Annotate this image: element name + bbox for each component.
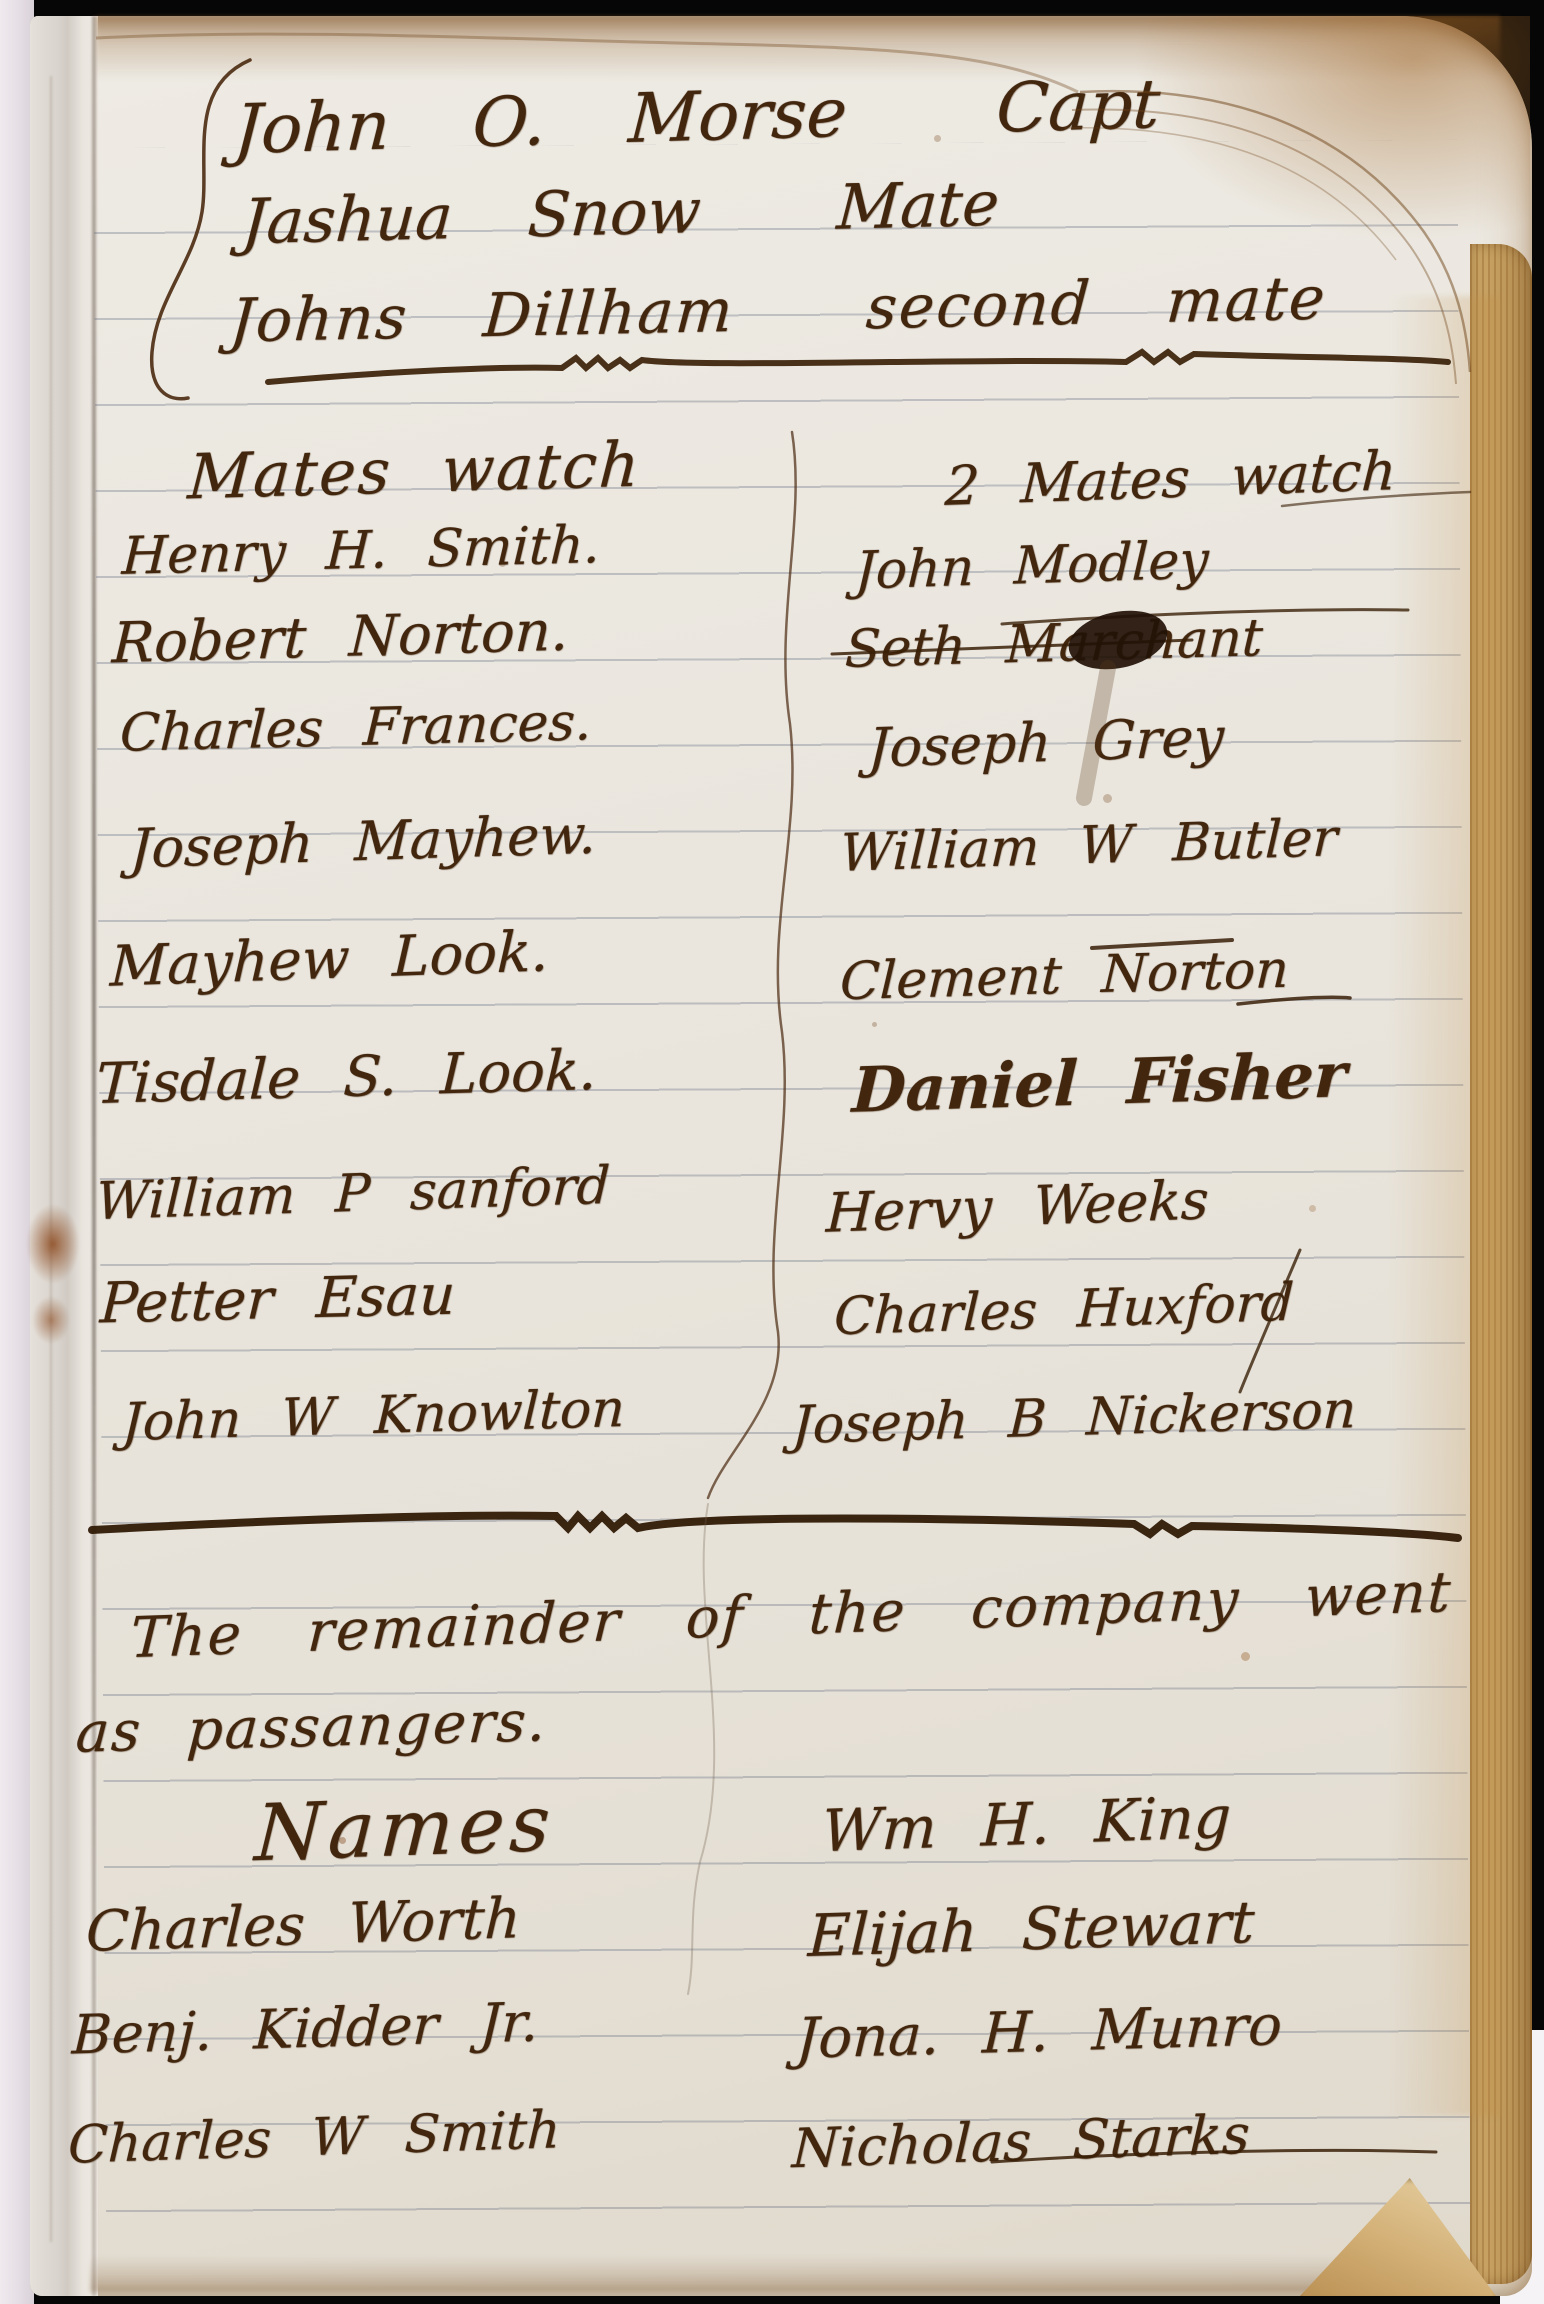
stain-right-edge [1390,296,1500,2116]
rust-stain [26,1204,80,1284]
stain-bottom-edge [90,2256,1480,2292]
crew-name: Seth Marchant [844,612,1264,676]
passenger-name: Charles Worth [85,1891,522,1961]
officer-rank: second mate [864,263,1329,343]
crew-name: Daniel Fisher [851,1044,1348,1122]
officer-line-mate: Jashua SnowMate [240,173,1001,254]
officer-name: Johns Dillham [228,276,737,357]
stain-top-right [1110,16,1530,256]
crew-name: Charles Frances. [119,696,593,760]
crew-name: Petter Esau [99,1268,457,1333]
rust-stain-small [32,1296,70,1344]
crew-name: Mayhew Look. [109,924,550,995]
crew-name: Clement Norton [839,944,1290,1009]
crew-name: William W Butler [839,812,1338,880]
officer-rank: Capt [994,65,1162,149]
crew-name: John W Knowlton [121,1383,626,1449]
passenger-name: Wm H. King [821,1788,1232,1860]
crew-name: William P sanford [95,1160,611,1228]
crew-name: Joseph Mayhew. [129,808,597,877]
passenger-name: Elijah Stewart [807,1893,1256,1965]
passenger-name: Benj. Kidder Jr. [71,1995,540,2062]
crew-name: John Modley [854,534,1210,597]
passenger-name: Nicholas Starks [791,2108,1251,2176]
crew-name: Henry H. Smith. [121,519,601,583]
fold-crease-line-faint [50,76,52,2242]
paper-freckles [30,16,35,21]
crew-name: Joseph Grey [867,710,1225,775]
crew-name: Charles Huxford [833,1277,1295,1344]
scanner-background-left [0,0,34,2304]
passenger-name: Charles W Smith [67,2104,561,2172]
watch-title-right: 2 Mates watch [944,444,1398,514]
watch-title-left: Mates watch [186,434,643,509]
scanned-logbook-page: John O. MorseCapt Jashua SnowMate Johns … [0,0,1544,2304]
names-heading: Names [253,1785,557,1874]
officer-rank: Mate [835,167,1002,244]
crew-name: Tisdale S. Look. [95,1043,598,1113]
note-line: as passangers. [74,1694,549,1762]
officer-name: Jashua Snow [240,174,703,258]
crew-name: Hervy Weeks [825,1173,1209,1240]
crew-name: Joseph B Nickerson [791,1384,1357,1452]
passenger-name: Jona. H. Munro [795,1998,1283,2068]
crew-name: Robert Norton. [111,604,570,673]
